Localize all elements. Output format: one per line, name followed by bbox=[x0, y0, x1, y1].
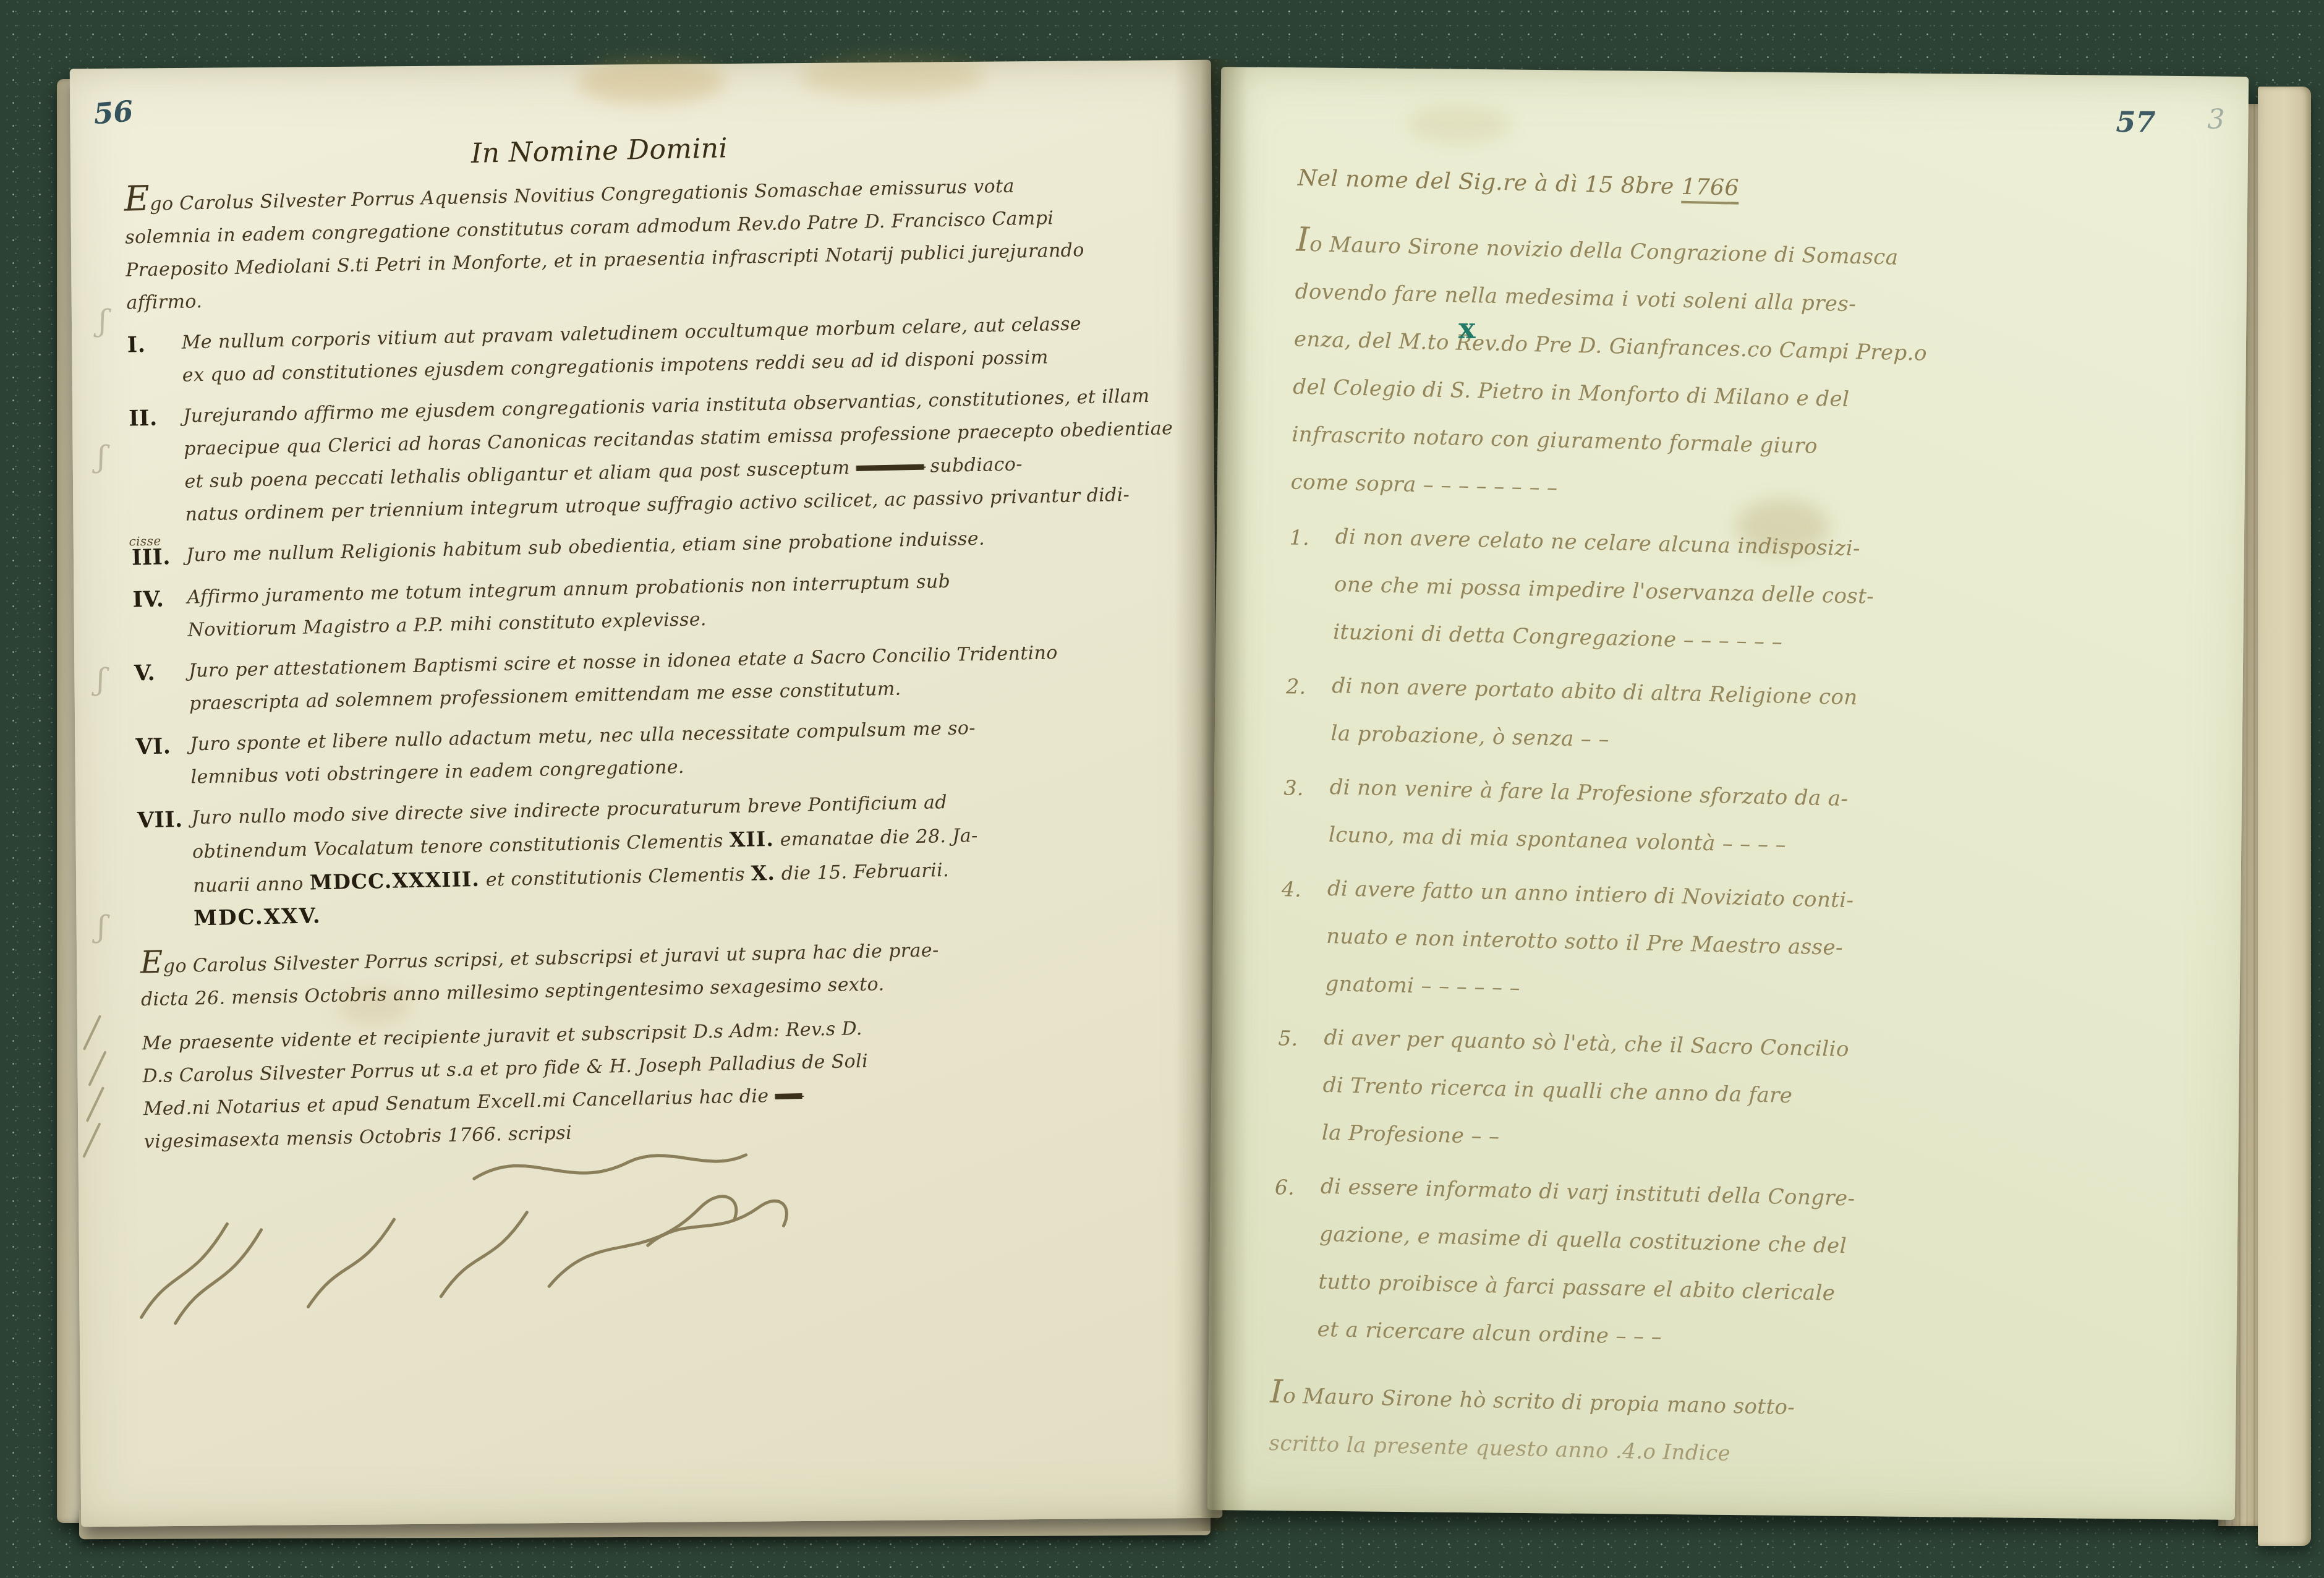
pen-slash-mark bbox=[83, 1015, 101, 1051]
text-segment: obtinendum Vocalatum tenore constitution… bbox=[192, 830, 730, 863]
declaration-item-1: 1. di non avere celato ne celare alcuna … bbox=[1287, 512, 2215, 676]
ink-offset-mark: ʃ bbox=[99, 304, 107, 338]
declaration-item-5: 5. di aver per quanto sò l'età, che il S… bbox=[1275, 1013, 2203, 1177]
text-segment: Nel nome del Sig.re à dì 15 8bre bbox=[1298, 166, 1682, 200]
oath-item-5: V. Juro per attestationem Baptismi scire… bbox=[134, 634, 1173, 721]
ink-offset-mark: ʃ bbox=[97, 440, 105, 474]
roman-numeral: I. bbox=[127, 326, 182, 393]
item-number: 5. bbox=[1275, 1013, 1324, 1157]
oath-item-4: IV. Affirmo juramento me totum integrum … bbox=[132, 560, 1172, 647]
page-number-left: 56 bbox=[92, 94, 134, 130]
underlined-year: 1766 bbox=[1681, 174, 1739, 205]
oath-item-2: II. Jurejurando affirmo me ejusdem congr… bbox=[129, 379, 1170, 532]
paper-stain bbox=[799, 56, 985, 98]
roman-numeral: II. bbox=[129, 400, 185, 532]
italian-intro-paragraph: Io Mauro Sirone novizio della Congrazion… bbox=[1290, 216, 2221, 527]
notary-attestation: Me praesente vidente et recipiente jurav… bbox=[142, 1005, 1183, 1158]
item-number: 3. bbox=[1282, 762, 1330, 859]
clement-x-numeral: X. bbox=[751, 861, 775, 885]
autograph-closing: Io Mauro Sirone hò scrito di propia mano… bbox=[1269, 1368, 2195, 1488]
ghost-numeral: 3 bbox=[2207, 103, 2224, 135]
right-page: 57 3 x Nel nome del Sig.re à dì 15 8bre … bbox=[1207, 67, 2249, 1520]
pen-slash-mark bbox=[82, 1122, 101, 1158]
paper-stain bbox=[1406, 106, 1512, 144]
latin-oath-text: In Nomine Domini Ego Carolus Silvester P… bbox=[123, 122, 1183, 1158]
text-segment: subdiaco- bbox=[924, 453, 1023, 477]
italian-oath-text: Nel nome del Sig.re à dì 15 8bre 1766 Io… bbox=[1269, 155, 2223, 1488]
oath-item-7: VII. Juro nullo modo sive directe sive i… bbox=[137, 781, 1178, 936]
manuscript-photo: { "left_page": { "page_number": "56", "h… bbox=[0, 0, 2324, 1578]
signature-flourishes bbox=[103, 1139, 815, 1330]
ink-offset-mark: ʃ bbox=[96, 662, 104, 697]
parchment-outer-leaf bbox=[2258, 87, 2311, 1546]
pen-slash-mark bbox=[88, 1051, 106, 1086]
text-segment: die 15. Februarii. bbox=[775, 859, 950, 885]
roman-numeral: VII. bbox=[137, 802, 194, 937]
year-mdccxxxiii: MDCC.XXXIII. bbox=[309, 867, 480, 895]
subscription-paragraph: Ego Carolus Silvester Porrus scripsi, et… bbox=[140, 924, 1180, 1016]
oath-item-1: I. Me nullum corporis vitium aut pravam … bbox=[127, 305, 1167, 393]
item-number: 6. bbox=[1271, 1162, 1321, 1354]
left-page: 56 ʃ ʃ ʃ ʃ In Nomine Domini Ego Carolus … bbox=[70, 60, 1222, 1527]
ink-offset-mark: ʃ bbox=[97, 910, 105, 944]
clement-xii-numeral: XII. bbox=[729, 827, 774, 851]
roman-numeral: V. bbox=[134, 655, 189, 722]
wrapped-word-note: cisse bbox=[129, 525, 161, 558]
page-number-right: 57 bbox=[2116, 105, 2156, 139]
roman-numeral: IV. bbox=[132, 581, 188, 648]
text-segment: emanatae die 28. Ja- bbox=[773, 825, 978, 851]
pen-slash-mark bbox=[86, 1086, 104, 1122]
text-segment: nuarii anno bbox=[193, 873, 310, 897]
crossed-out-word: –––– bbox=[775, 1085, 802, 1107]
roman-numeral: cisseIII. bbox=[131, 539, 186, 574]
crossed-out-word: –––––––––– bbox=[856, 456, 924, 479]
item-number: 4. bbox=[1279, 864, 1328, 1008]
declaration-item-4: 4. di avere fatto un anno intiero di Nov… bbox=[1279, 864, 2207, 1028]
item-number: 2. bbox=[1285, 661, 1332, 757]
oath-item-6: VI. Juro sponte et libere nullo adactum … bbox=[135, 707, 1175, 795]
latin-intro-paragraph: Ego Carolus Silvester Porrus Aquensis No… bbox=[124, 166, 1165, 319]
green-x-annotation: x bbox=[1458, 312, 1476, 345]
roman-numeral: VI. bbox=[135, 728, 191, 795]
item-number: 1. bbox=[1287, 512, 1335, 656]
declaration-item-3: 3. di non venire à fare la Profesione sf… bbox=[1282, 762, 2209, 879]
declaration-item-2: 2. di non avere portato abito di altra R… bbox=[1285, 661, 2211, 777]
text-segment: et constitutionis Clementis bbox=[479, 864, 751, 891]
document-header: In Nomine Domini bbox=[123, 124, 1076, 177]
paper-stain bbox=[577, 60, 726, 104]
declaration-item-6: 6. di essere informato di varj instituti… bbox=[1271, 1162, 2200, 1373]
date-heading: Nel nome del Sig.re à dì 15 8bre 1766 bbox=[1297, 155, 2223, 223]
